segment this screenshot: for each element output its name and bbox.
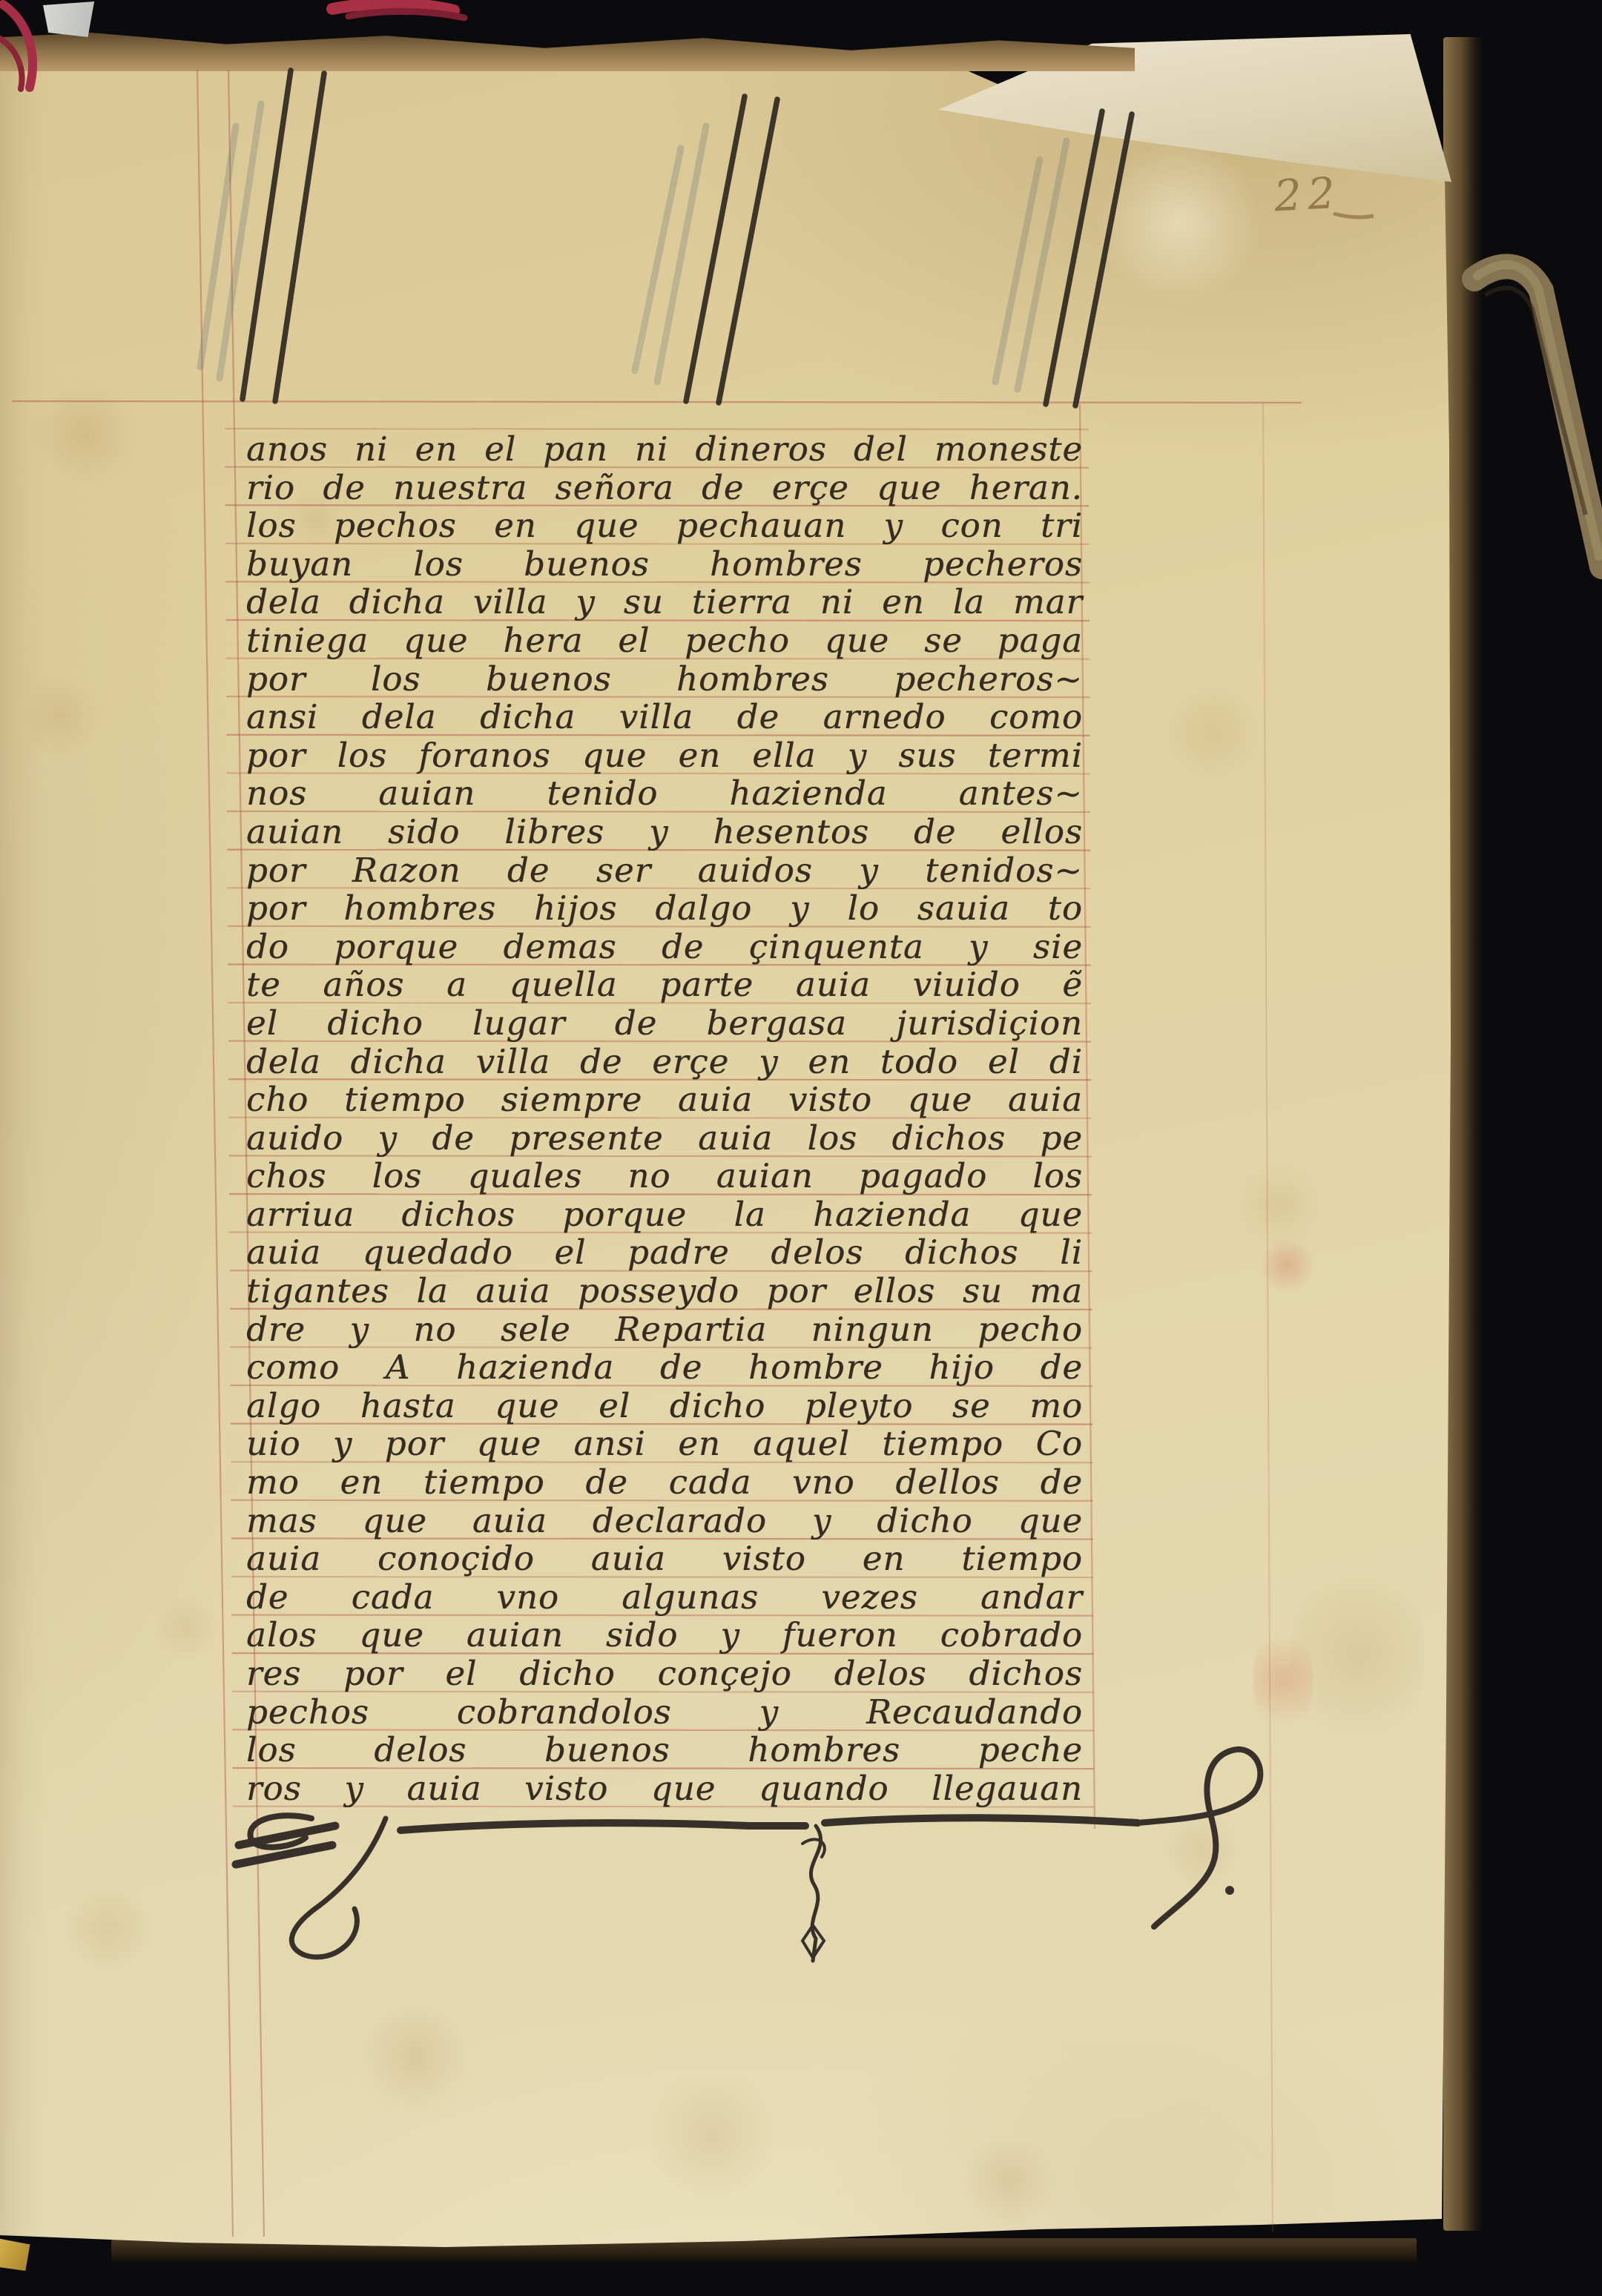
manuscript-text-line: anos ni en el pan ni dineros del moneste bbox=[246, 430, 1083, 469]
manuscript-text-line: por los buenos hombres pecheros~ bbox=[246, 660, 1083, 699]
manuscript-text-line: auido y de presente auia los dichos pe bbox=[246, 1119, 1083, 1158]
ghost-slash-marks bbox=[200, 104, 1067, 389]
manuscript-text-line: do porque demas de çinquenta y sie bbox=[246, 928, 1083, 966]
manuscript-text-line: ansi dela dicha villa de arnedo como bbox=[246, 698, 1083, 736]
manuscript-text-line: uio y por que ansi en aquel tiempo Co bbox=[246, 1425, 1083, 1463]
manuscript-text-line: cho tiempo siempre auia visto que auia bbox=[246, 1081, 1083, 1119]
ruling-line bbox=[1263, 403, 1273, 2232]
manuscript-text-line: mo en tiempo de cada vno dellos de bbox=[246, 1463, 1083, 1502]
manuscript-text-line: nos auian tenido hazienda antes~ bbox=[246, 774, 1083, 813]
flourish-right-dot bbox=[1225, 1886, 1234, 1895]
flourish-right-loop bbox=[1138, 1749, 1260, 1927]
manuscript-text-line: rio de nuestra señora de erçe que heran. bbox=[246, 469, 1083, 507]
manuscript-text-line: tiniega que hera el pecho que se paga bbox=[246, 621, 1083, 660]
manuscript-text-line: dela dicha villa de erçe y en todo el di bbox=[246, 1043, 1083, 1081]
manuscript-text-line: buyan los buenos hombres pecheros bbox=[246, 545, 1083, 584]
ghost-slash bbox=[635, 148, 681, 371]
folio-number: 22 bbox=[1273, 168, 1342, 222]
manuscript-text-line: tigantes la auia posseydo por ellos su m… bbox=[246, 1272, 1083, 1310]
slash-mark bbox=[719, 99, 777, 403]
manuscript-text-line: auia conoçido auia visto en tiempo bbox=[246, 1540, 1083, 1578]
manuscript-text-line: te años a quella parte auia viuido ẽ bbox=[246, 966, 1083, 1004]
manuscript-text-line: de cada vno algunas vezes andar bbox=[246, 1578, 1083, 1617]
slash-mark bbox=[1046, 111, 1102, 404]
ruling-line bbox=[197, 70, 233, 2237]
manuscript-text-line: auia quedado el padre delos dichos li bbox=[246, 1233, 1083, 1272]
ghost-slash bbox=[995, 159, 1040, 382]
manuscript-text-line: res por el dicho conçejo delos dichos bbox=[246, 1655, 1083, 1693]
manuscript-text-line: los pechos en que pechauan y con tri bbox=[246, 507, 1083, 545]
manuscript-text-line: los delos buenos hombres peche bbox=[246, 1731, 1083, 1769]
manuscript-text-line: chos los quales no auian pagado los bbox=[246, 1157, 1083, 1195]
manuscript-text-line: como A hazienda de hombre hijo de bbox=[246, 1348, 1083, 1387]
manuscript-text-line: el dicho lugar de bergasa jurisdiçion bbox=[246, 1004, 1083, 1043]
manuscript-text-line: pechos cobrandolos y Recaudando bbox=[246, 1693, 1083, 1732]
manuscript-text-line: arriua dichos porque la hazienda que bbox=[246, 1195, 1083, 1234]
flourish-bar-left bbox=[400, 1823, 805, 1830]
manuscript-text-line: por los foranos que en ella y sus termi bbox=[246, 736, 1083, 775]
manuscript-text-line: algo hasta que el dicho pleyto se mo bbox=[246, 1387, 1083, 1425]
slash-mark bbox=[1075, 114, 1132, 406]
manuscript-text-line: dela dicha villa y su tierra ni en la ma… bbox=[246, 583, 1083, 621]
flourish-middle-knot bbox=[811, 1826, 820, 1961]
manuscript-text-block: anos ni en el pan ni dineros del moneste… bbox=[246, 430, 1083, 1807]
ghost-slash bbox=[220, 104, 261, 378]
ruling-line bbox=[12, 401, 1302, 403]
flourish-bar-right bbox=[825, 1818, 1138, 1823]
ghost-slash bbox=[200, 126, 236, 367]
manuscript-text-line: por hombres hijos dalgo y lo sauia to bbox=[246, 889, 1083, 928]
manuscript-text-line: dre y no sele Repartia ningun pecho bbox=[246, 1310, 1083, 1349]
manuscript-text-line: por Razon de ser auidos y tenidos~ bbox=[246, 851, 1083, 890]
manuscript-text-line: mas que auia declarado y dicho que bbox=[246, 1502, 1083, 1540]
manuscript-text-line: auian sido libres y hesentos de ellos bbox=[246, 813, 1083, 851]
manuscript-text-line: ros y auia visto que quando llegauan bbox=[246, 1769, 1083, 1808]
ghost-slash bbox=[1018, 141, 1067, 389]
flourish-middle-curl bbox=[802, 1839, 825, 1857]
slash-mark bbox=[686, 96, 745, 401]
manuscript-text-line: alos que auian sido y fueron cobrado bbox=[246, 1616, 1083, 1655]
